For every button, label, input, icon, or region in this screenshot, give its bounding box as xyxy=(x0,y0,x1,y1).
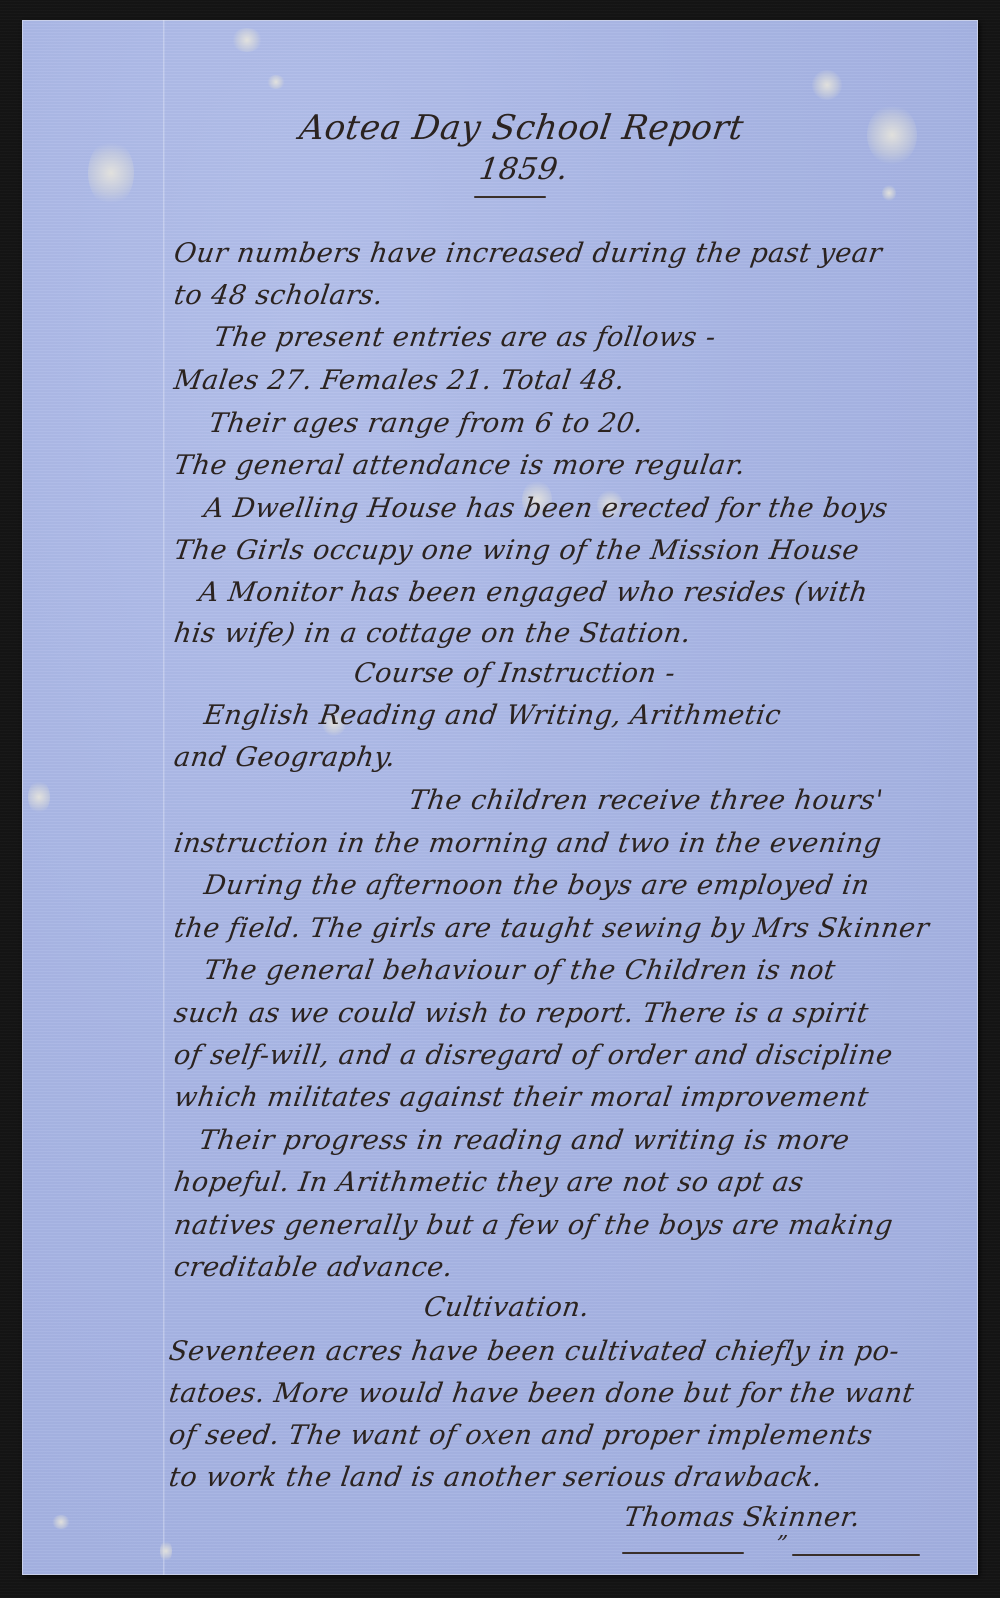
scan-background: Aotea Day School Report 1859. Our number… xyxy=(0,0,1000,1598)
text-line: The general behaviour of the Children is… xyxy=(202,955,838,986)
signature: Thomas Skinner. xyxy=(622,1502,862,1533)
text-line: Their progress in reading and writing is… xyxy=(197,1125,852,1156)
paper-stain xyxy=(28,780,50,814)
text-line: to 48 scholars. xyxy=(172,280,385,311)
text-line: Males 27. Females 21. Total 48. xyxy=(172,365,627,396)
ditto-mark: ” xyxy=(774,1532,789,1557)
text-line: The present entries are as follows - xyxy=(212,322,718,353)
paper-stain xyxy=(267,75,285,89)
paper-stain xyxy=(867,105,917,165)
document-title: Aotea Day School Report xyxy=(297,108,746,148)
text-line: The Girls occupy one wing of the Mission… xyxy=(172,535,861,566)
text-line: Our numbers have increased during the pa… xyxy=(172,238,884,269)
text-line: hopeful. In Arithmetic they are not so a… xyxy=(172,1167,806,1198)
paper-stain xyxy=(160,1540,172,1562)
document-sheet: Aotea Day School Report 1859. Our number… xyxy=(22,20,978,1575)
text-line: creditable advance. xyxy=(172,1252,455,1283)
text-line: such as we could wish to report. There i… xyxy=(172,998,871,1029)
text-line: which militates against their moral impr… xyxy=(172,1082,871,1113)
text-line: A Monitor has been engaged who resides (… xyxy=(197,577,870,608)
text-line: the field. The girls are taught sewing b… xyxy=(172,913,931,944)
text-line: The general attendance is more regular. xyxy=(172,450,748,481)
text-line: English Reading and Writing, Arithmetic xyxy=(202,700,783,731)
text-line: natives generally but a few of the boys … xyxy=(172,1210,895,1241)
paper-stain xyxy=(52,1515,70,1529)
heading-cultivation: Cultivation. xyxy=(422,1292,592,1323)
text-line: The children receive three hours' xyxy=(407,785,885,816)
signature-rule-left xyxy=(622,1552,744,1554)
text-line: Their ages range from 6 to 20. xyxy=(207,408,646,439)
text-line: instruction in the morning and two in th… xyxy=(172,828,884,859)
text-line: tatoes. More would have been done but fo… xyxy=(167,1378,916,1409)
text-line: to work the land is another serious draw… xyxy=(167,1462,824,1493)
text-line: and Geography. xyxy=(172,742,398,773)
paper-stain xyxy=(88,140,134,206)
text-line: Seventeen acres have been cultivated chi… xyxy=(167,1336,901,1367)
signature-rule-right xyxy=(792,1554,920,1556)
paper-stain xyxy=(812,70,842,100)
text-line: A Dwelling House has been erected for th… xyxy=(202,493,890,524)
year-underline xyxy=(474,196,546,198)
paper-stain xyxy=(882,185,896,201)
heading-course-of-instruction: Course of Instruction - xyxy=(352,658,677,689)
text-line: of seed. The want of oxen and proper imp… xyxy=(167,1420,875,1451)
paper-fold-line xyxy=(163,20,165,1575)
document-year: 1859. xyxy=(477,152,570,187)
text-line: of self-will, and a disregard of order a… xyxy=(172,1040,895,1071)
text-line: his wife) in a cottage on the Station. xyxy=(172,618,693,649)
text-line: During the afternoon the boys are employ… xyxy=(202,870,872,901)
paper-stain xyxy=(232,28,262,52)
